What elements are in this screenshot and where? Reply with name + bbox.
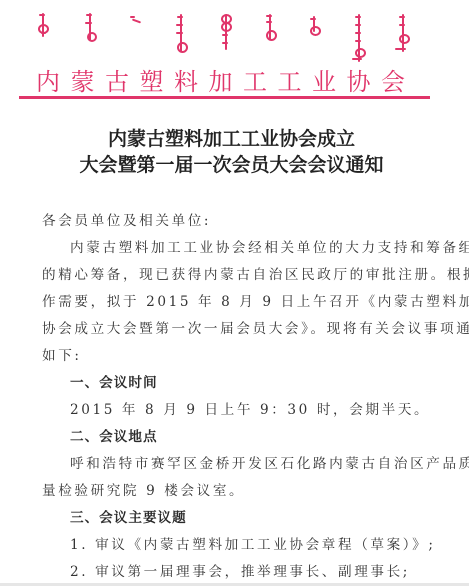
document-title-line-1: 内蒙古塑料加工工业协会成立 xyxy=(0,128,466,150)
meeting-location-line: 呼和浩特市赛罕区金桥开发区石化路内蒙古自治区产品质 xyxy=(70,455,469,473)
meeting-time-text: 2015 年 8 月 9 日上午 9：30 时，会期半天。 xyxy=(70,401,430,419)
mongolian-word xyxy=(398,10,408,52)
salutation: 各会员单位及相关单位: xyxy=(42,212,211,230)
header-divider xyxy=(19,96,430,99)
mongolian-word xyxy=(38,10,48,37)
section-heading-agenda: 三、会议主要议题 xyxy=(70,509,187,527)
meeting-location-line: 量检验研究院 9 楼会议室。 xyxy=(42,482,245,500)
paragraph-line: 内蒙古塑料加工工业协会经相关单位的大力支持和筹备组 xyxy=(70,239,469,257)
mongolian-script-header xyxy=(0,10,469,62)
paragraph-line: 如下: xyxy=(42,347,82,365)
mongolian-word xyxy=(354,10,364,62)
agenda-item: 1. 审议《内蒙古塑料加工工业协会章程（草案）》; xyxy=(70,536,436,554)
section-heading-time: 一、会议时间 xyxy=(70,374,158,392)
paragraph-line: 的精心筹备，现已获得内蒙古自治区民政厅的审批注册。根据工 xyxy=(42,266,469,284)
paragraph-line: 协会成立大会暨第一次一届会员大会》。现将有关会议事项通知 xyxy=(42,320,469,338)
mongolian-word xyxy=(85,10,95,41)
document-title-line-2: 大会暨第一届一次会员大会会议通知 xyxy=(0,154,466,176)
mongolian-word xyxy=(265,10,275,40)
section-heading-location: 二、会议地点 xyxy=(70,428,158,446)
mongolian-word xyxy=(309,10,319,32)
organization-name: 内蒙古塑料加工工业协会 xyxy=(36,69,416,95)
mongolian-word xyxy=(221,10,231,50)
mongolian-word xyxy=(176,10,186,52)
paragraph-line: 作需要，拟于 2015 年 8 月 9 日上午召开《内蒙古塑料加工工业 xyxy=(42,293,469,311)
agenda-item: 2. 审议第一届理事会，推举理事长、副理事长; xyxy=(70,563,410,581)
